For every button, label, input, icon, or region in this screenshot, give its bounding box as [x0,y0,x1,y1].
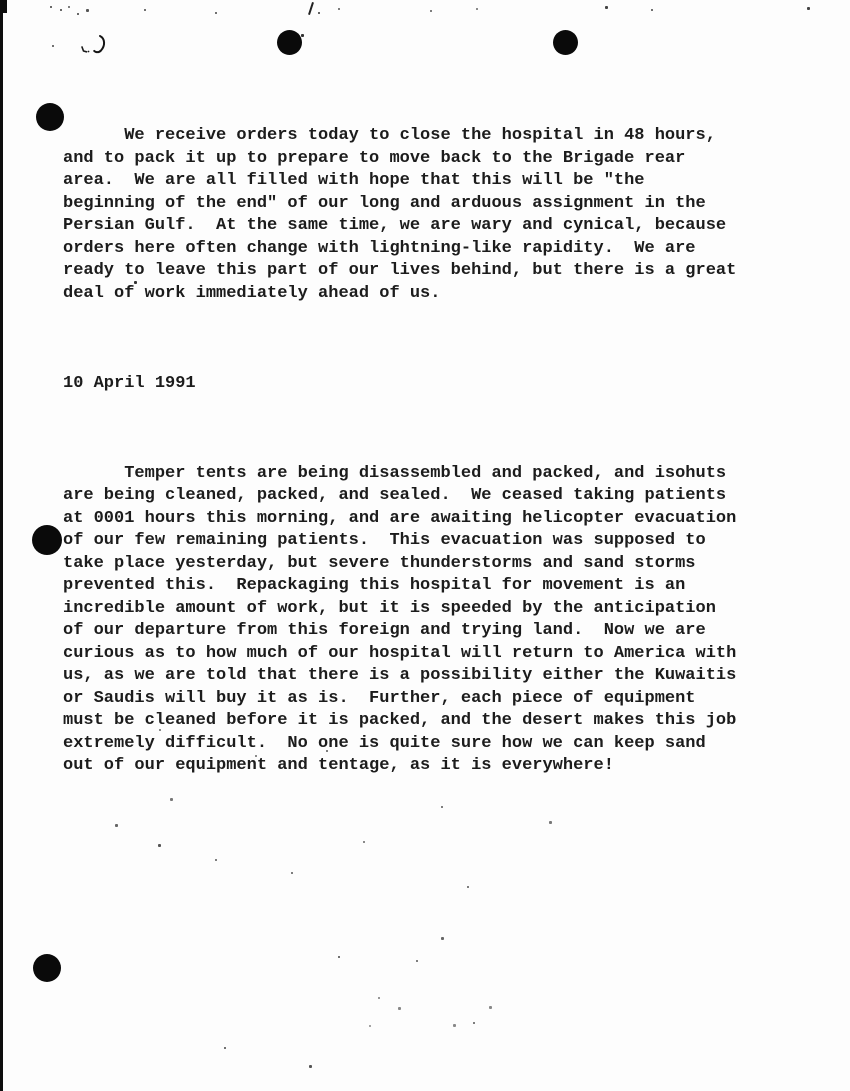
scanned-document-page: We receive orders today to close the hos… [0,0,850,1091]
scan-speck [215,859,217,861]
scan-speck [77,13,79,15]
scan-speck [224,1047,226,1049]
hole-punch-dot [33,954,61,982]
scan-speck [68,6,70,8]
scan-speck [453,1024,456,1027]
scan-speck [378,997,380,999]
scan-speck [338,956,340,958]
scan-edge-artifact [0,0,3,1091]
scan-speck [369,1025,371,1027]
scan-speck [473,1022,475,1024]
scan-speck [60,9,62,11]
scan-speck [291,872,293,874]
scan-speck [416,960,418,962]
scan-speck [52,45,54,47]
scan-speck [86,9,89,12]
scan-speck [651,9,653,11]
hole-punch-dot [32,525,62,555]
scan-speck [301,34,304,37]
scan-speck [489,1006,492,1009]
hole-punch-dot [553,30,578,55]
handwritten-mark [74,33,112,59]
scan-speck [476,8,478,10]
typed-text-block: We receive orders today to close the hos… [63,80,736,845]
date-heading: 10 April 1991 [63,373,736,396]
scan-speck [605,6,608,9]
hole-punch-dot [277,30,302,55]
scan-speck [144,9,146,11]
scan-speck [807,7,810,10]
scan-speck [338,8,340,10]
scan-speck [215,12,217,14]
scan-speck [430,10,432,12]
paragraph-2: Temper tents are being disassembled and … [63,463,736,778]
scan-speck [309,1065,312,1068]
scan-slash-mark [308,2,314,15]
scan-speck [441,937,444,940]
paragraph-1: We receive orders today to close the hos… [63,125,736,305]
scan-speck [467,886,469,888]
scan-speck [318,12,320,14]
hole-punch-dot [36,103,64,131]
scan-edge-corner-artifact [0,0,7,13]
scan-speck [398,1007,401,1010]
scan-speck [50,6,52,8]
